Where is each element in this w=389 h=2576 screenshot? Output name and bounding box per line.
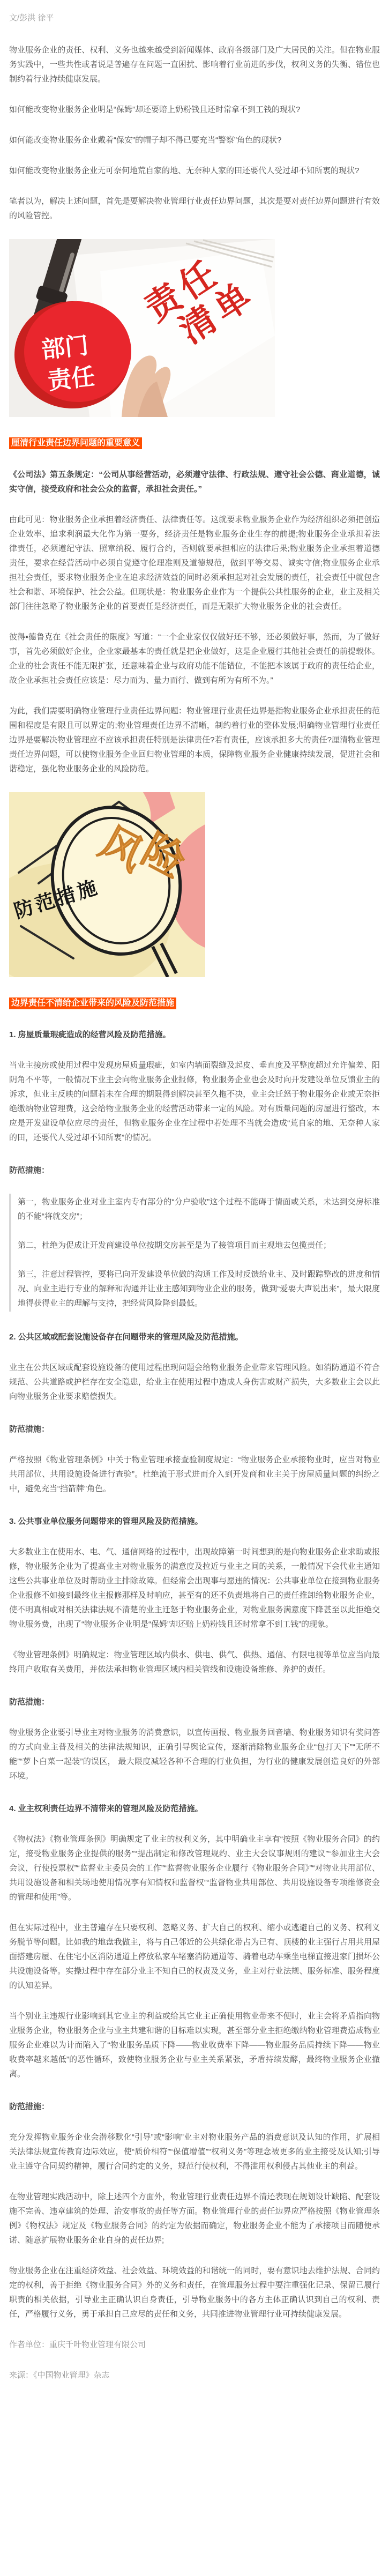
measures-label: 防范措施： bbox=[9, 1422, 380, 1436]
measures-blockquote: 第一，物业服务企业对业主室内专有部分的“分户验收”这个过程不能碍于情面或关系，未… bbox=[9, 1194, 380, 1312]
subhead-3: 3. 公共事业单位服务问题带来的管理风险及防范措施。 bbox=[9, 1514, 380, 1529]
section2-paragraph: 但在实际过程中，业主普遍存在只要权利、忽略义务、扩大自己的权利、缩小或逃避自己的… bbox=[9, 1920, 380, 1993]
section2-paragraph: 业主在公共区域或配套设施设备的使用过程出现问题会给物业服务企业带来管理风险。如消… bbox=[9, 1360, 380, 1404]
section1-heading: 厘清行业责任边界问题的重要意义 bbox=[9, 437, 142, 449]
author-affiliation: 作者单位：重庆千叶物业管理有限公司 bbox=[9, 2337, 380, 2352]
subhead-1: 1. 房屋质量瑕疵造成的经营风险及防范措施。 bbox=[9, 1028, 380, 1042]
section2-paragraph: 《物业管理条例》明确规定：物业管理区域内供水、供电、供气、供热、通信、有限电视等… bbox=[9, 1648, 380, 1677]
responsibility-list-image: 部门 责任 责任 清单 bbox=[9, 239, 275, 417]
byline: 文/彭洪 徐平 bbox=[9, 12, 380, 25]
section2-paragraph: 物业服务企业要引导业主对物业服务的消费意识，以宣传画报、物业服务回音墙、物业服务… bbox=[9, 1725, 380, 1783]
section2-paragraph: 当业主接房或使用过程中发现房屋质量瑕疵，如室内墙面裂缝及起皮、垂直度及平整度超过… bbox=[9, 1058, 380, 1145]
stamp-text-line1: 部门 bbox=[40, 332, 90, 363]
measures-label: 防范措施： bbox=[9, 2099, 380, 2114]
section1-paragraph: 彼得▪德鲁克在《社会责任的限度》写道：“一个企业家仅仅做好还不够，还必须做好事，… bbox=[9, 630, 380, 688]
intro-paragraph: 如何能改变物业服务企业戴着“保安”的帽子却不得已要充当“警察”角色的现状? bbox=[9, 133, 380, 147]
closing-paragraph: 物业服务企业在注重经济效益、社会效益、环境效益的和谐统一的同时，要有意识地去维护… bbox=[9, 2264, 380, 2321]
risk-image: 风 险 防范措施 bbox=[9, 792, 205, 977]
section1-paragraph: 为此，我们需要明确物业管理行业责任边界问题：物业管理行业责任边界是指物业服务企业… bbox=[9, 704, 380, 776]
section2-paragraph: 当个别业主违规行业影响到其它业主的利益或给其它业主正确使用物业带来不便时，业主会… bbox=[9, 2009, 380, 2081]
stamp-text-line2: 责任 bbox=[47, 363, 96, 394]
intro-paragraph: 如何能改变物业服务企业无可奈何地荒自家的地、无奈种人家的田还要代人受过却不知所衷… bbox=[9, 163, 380, 178]
closing-paragraph: 在物业管理实践活动中，除上述四个方面外，物业管理行业责任边界不清还表现在规划设计… bbox=[9, 2190, 380, 2247]
section2-paragraph: 严格按照《物业管理条例》中关于物业管理承接查验制度规定：“物业服务企业承接物业时… bbox=[9, 1453, 380, 1496]
section1-paragraph: 《公司法》第五条规定：“公司从事经营活动，必须遵守法律、行政法规、遵守社会公德、… bbox=[9, 467, 380, 496]
intro-paragraph: 如何能改变物业服务企业明是“保姆”却还要赔上奶粉钱且还时常拿不到工钱的现状? bbox=[9, 102, 380, 117]
article-page: 文/彭洪 徐平 物业服务企业的责任、权利、义务也越来越受到新闻媒体、政府各级部门… bbox=[0, 0, 389, 2423]
section2-paragraph: 《物权法》《物业管理条例》明确规定了业主的权利义务，其中明确业主享有“按照《物业… bbox=[9, 1832, 380, 1904]
section2-paragraph: 充分发挥物业服务企业会潜移默化“引导”或“影响”业主对物业服务产品的消费意识及认… bbox=[9, 2130, 380, 2173]
section2-heading: 边界责任不清给企业带来的风险及防范措施 bbox=[9, 997, 176, 1009]
subhead-2: 2. 公共区域或配套设施设备存在问题带来的管理风险及防范措施。 bbox=[9, 1330, 380, 1344]
subhead-4: 4. 业主权利责任边界不清带来的管理风险及防范措施。 bbox=[9, 1801, 380, 1816]
section2-paragraph: 大多数业主在使用水、电、气、通信网络的过程中，出现故障第一时间想到的是向物业服务… bbox=[9, 1545, 380, 1632]
measures-label: 防范措施： bbox=[9, 1163, 380, 1178]
section2-heading-row: 边界责任不清给企业带来的风险及防范措施 bbox=[9, 997, 380, 1009]
quote-paragraph: 第三，注意过程管控，要将已向开发建设单位做的沟通工作及时反馈给业主、及时跟踪整改… bbox=[18, 1267, 380, 1311]
source-line: 来源：《中国物业管理》杂志 bbox=[9, 2368, 380, 2383]
intro-paragraph: 笔者以为，解决上述问题，首先是要解决物业管理行业责任边界问题，其次是要对责任边界… bbox=[9, 194, 380, 223]
section1-paragraph: 由此可见：物业服务企业承担着经济责任、法律责任等。这就要求物业服务企业作为经济组… bbox=[9, 512, 380, 614]
quote-paragraph: 第一，物业服务企业对业主室内专有部分的“分户验收”这个过程不能碍于情面或关系，未… bbox=[18, 1195, 380, 1224]
figure-risk-measures: 风 险 防范措施 bbox=[9, 792, 380, 977]
measures-label: 防范措施： bbox=[9, 1695, 380, 1709]
intro-paragraph: 物业服务企业的责任、权利、义务也越来越受到新闻媒体、政府各级部门及广大居民的关注… bbox=[9, 43, 380, 86]
figure-responsibility-list: 部门 责任 责任 清单 bbox=[9, 239, 380, 417]
quote-paragraph: 第二，杜绝为促成让开发商建设单位按期交房甚至是为了接管项目而主观地去包揽责任； bbox=[18, 1238, 380, 1253]
section1-heading-row: 厘清行业责任边界问题的重要意义 bbox=[9, 437, 380, 449]
